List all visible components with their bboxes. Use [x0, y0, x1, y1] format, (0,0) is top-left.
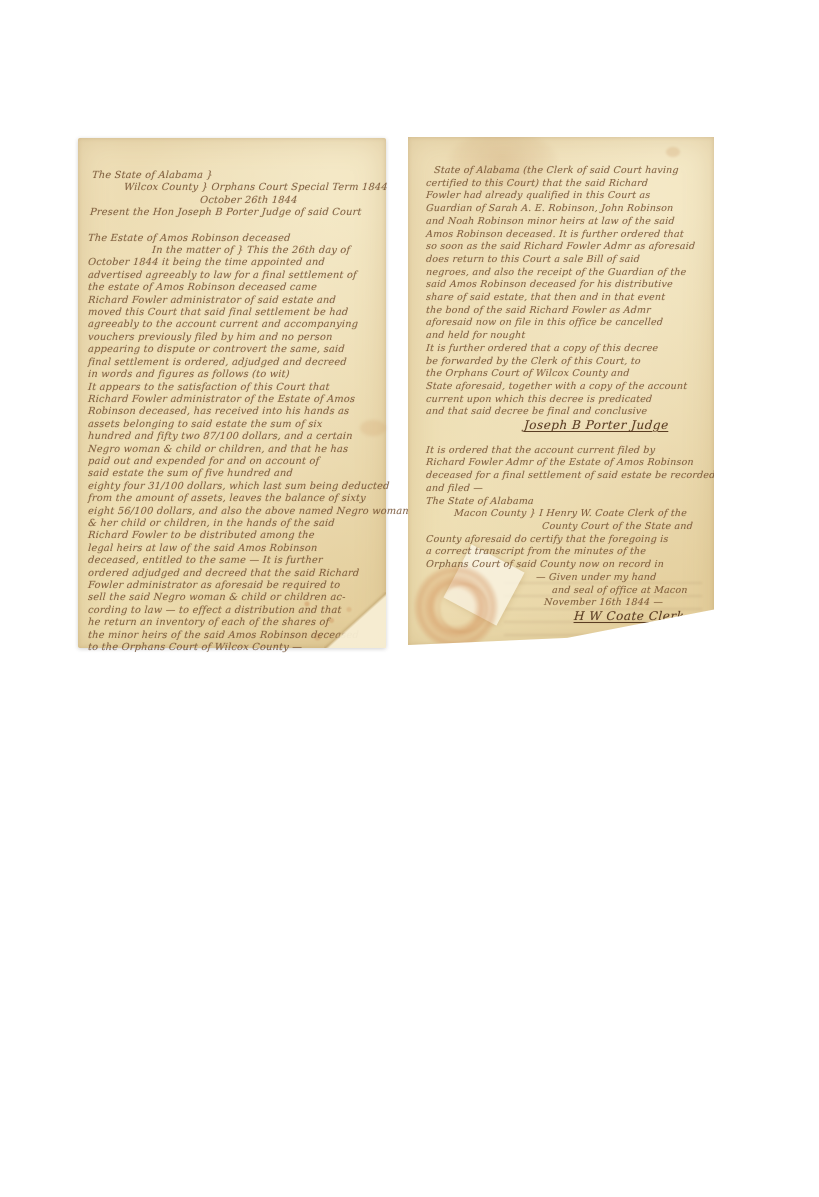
handwritten-line: final settlement is ordered, adjudged an… — [88, 357, 381, 369]
handwritten-line: October 1844 it being the time appointed… — [88, 257, 381, 269]
handwritten-line: Richard Fowler administrator of the Esta… — [88, 394, 381, 406]
handwritten-line: in words and figures as follows (to wit) — [88, 369, 381, 381]
handwritten-line: legal heirs at law of the said Amos Robi… — [88, 543, 381, 555]
handwritten-line: It is ordered that the account current f… — [426, 445, 709, 458]
handwritten-line: assets belonging to said estate the sum … — [88, 419, 381, 431]
handwritten-text-right: State of Alabama (the Clerk of said Cour… — [426, 165, 708, 623]
handwritten-line: vouchers previously filed by him and no … — [88, 332, 381, 344]
handwritten-line: deceased, entitled to the same — It is f… — [88, 555, 381, 567]
handwritten-line: appearing to dispute or controvert the s… — [88, 344, 381, 356]
rust-spot — [666, 147, 680, 157]
handwritten-line: Orphans Court of said County now on reco… — [426, 559, 709, 572]
handwritten-line: Fowler had already qualified in this Cou… — [426, 190, 709, 203]
handwritten-line: County Court of the State and — [426, 521, 709, 534]
handwritten-line: It is further ordered that a copy of thi… — [426, 343, 709, 356]
scanned-document-view: The State of Alabama }Wilcox County } Or… — [0, 0, 819, 1197]
handwritten-line: Amos Robinson deceased. It is further or… — [426, 229, 709, 242]
handwritten-line: so soon as the said Richard Fowler Admr … — [426, 241, 709, 254]
handwritten-line: aforesaid now on file in this office be … — [426, 317, 709, 330]
handwritten-line: certified to this Court) that the said R… — [426, 178, 709, 191]
handwritten-line: H W Coate Clerk — [426, 610, 709, 623]
handwritten-line: and seal of office at Macon — [426, 585, 709, 598]
handwritten-line: The Estate of Amos Robinson deceased — [88, 233, 381, 245]
handwritten-line: and held for nought — [426, 330, 709, 343]
handwritten-line: Negro woman & child or children, and tha… — [88, 444, 381, 456]
handwritten-line: does return to this Court a sale Bill of… — [426, 254, 709, 267]
handwritten-line: In the matter of } This the 26th day of — [88, 245, 381, 257]
handwritten-line: a correct transcript from the minutes of… — [426, 546, 709, 559]
handwritten-line: eighty four 31/100 dollars, which last s… — [88, 481, 381, 493]
handwritten-line: November 16th 1844 — — [426, 597, 709, 610]
handwritten-line: the estate of Amos Robinson deceased cam… — [88, 282, 381, 294]
handwritten-line: Robinson deceased, has received into his… — [88, 406, 381, 418]
handwritten-line: share of said estate, that then and in t… — [426, 292, 709, 305]
handwritten-line: eight 56/100 dollars, and also the above… — [88, 506, 381, 518]
handwritten-line: be forwarded by the Clerk of this Court,… — [426, 356, 709, 369]
handwritten-line: said estate the sum of five hundred and — [88, 468, 381, 480]
handwritten-line: Fowler administrator as aforesaid be req… — [88, 580, 381, 592]
handwritten-line: ordered adjudged and decreed that the sa… — [88, 568, 381, 580]
handwritten-line: paid out and expended for and on account… — [88, 456, 381, 468]
handwritten-line: moved this Court that said final settlem… — [88, 307, 381, 319]
handwritten-line: Joseph B Porter Judge — [426, 419, 709, 432]
handwritten-line: deceased for a final settlement of said … — [426, 470, 709, 483]
handwritten-line: Present the Hon Joseph B Porter Judge of… — [88, 207, 381, 219]
handwritten-line: advertised agreeably to law for a final … — [88, 270, 381, 282]
handwritten-text-left: The State of Alabama }Wilcox County } Or… — [88, 170, 380, 654]
handwritten-line: Guardian of Sarah A. E. Robinson, John R… — [426, 203, 709, 216]
handwritten-line: State of Alabama (the Clerk of said Cour… — [426, 165, 709, 178]
handwritten-line: from the amount of assets, leaves the ba… — [88, 493, 381, 505]
handwritten-line: and filed — — [426, 483, 709, 496]
handwritten-line: said Amos Robinson deceased for his dist… — [426, 279, 709, 292]
handwritten-line: agreeably to the account current and acc… — [88, 319, 381, 331]
handwritten-line: Richard Fowler administrator of said est… — [88, 295, 381, 307]
handwritten-line: the Orphans Court of Wilcox County and — [426, 368, 709, 381]
handwritten-line: negroes, and also the receipt of the Gua… — [426, 267, 709, 280]
handwritten-line: County aforesaid do certify that the for… — [426, 534, 709, 547]
handwritten-line: the bond of the said Richard Fowler as A… — [426, 305, 709, 318]
document-page-left: The State of Alabama }Wilcox County } Or… — [78, 138, 386, 648]
handwritten-line: Richard Fowler Admr of the Estate of Amo… — [426, 457, 709, 470]
handwritten-line: October 26th 1844 — [88, 195, 381, 207]
handwritten-line: The State of Alabama } — [88, 170, 381, 182]
handwritten-line: Macon County } I Henry W. Coate Clerk of… — [426, 508, 709, 521]
handwritten-line: hundred and fifty two 87/100 dollars, an… — [88, 431, 381, 443]
document-page-right: State of Alabama (the Clerk of said Cour… — [408, 137, 714, 645]
handwritten-line: Wilcox County } Orphans Court Special Te… — [88, 182, 381, 194]
handwritten-line: current upon which this decree is predic… — [426, 394, 709, 407]
handwritten-line: State aforesaid, together with a copy of… — [426, 381, 709, 394]
handwritten-line: The State of Alabama — [426, 496, 709, 509]
handwritten-line: and Noah Robinson minor heirs at law of … — [426, 216, 709, 229]
handwritten-line: It appears to the satisfaction of this C… — [88, 382, 381, 394]
handwritten-line: & her child or children, in the hands of… — [88, 518, 381, 530]
folded-corner — [324, 592, 386, 648]
handwritten-line: Richard Fowler to be distributed among t… — [88, 530, 381, 542]
handwritten-line: — Given under my hand — [426, 572, 709, 585]
